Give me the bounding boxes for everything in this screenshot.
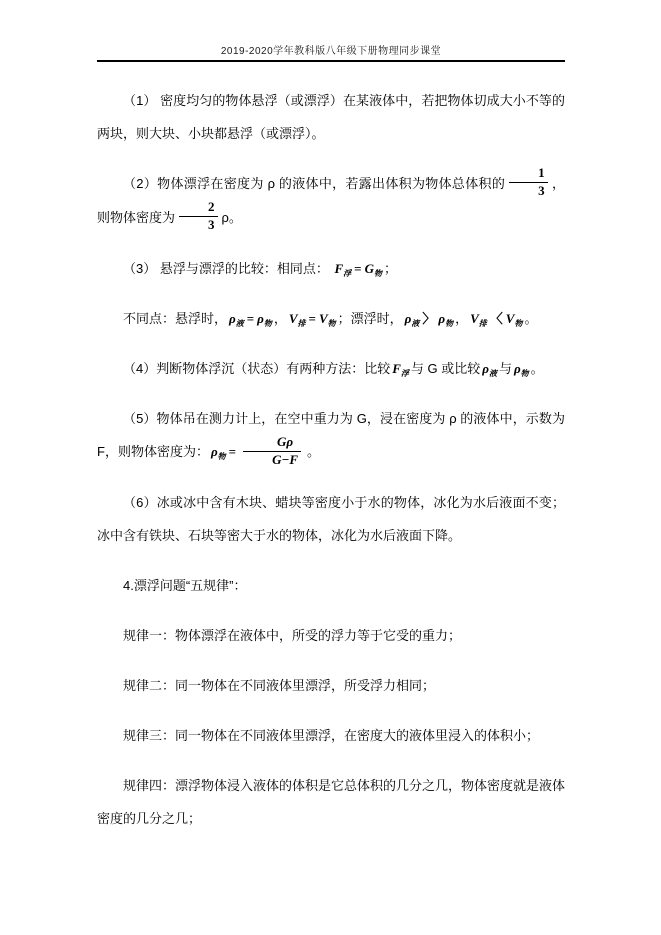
differences-mid: ；漂浮时， <box>338 311 403 326</box>
paragraph-5: （5）物体吊在测力计上，在空中重力为 G，浸在密度为 ρ 的液体中，示数为 F，… <box>97 402 565 469</box>
formula-object-density: ρ物=GρG−F <box>209 444 307 459</box>
math-subscript: 物 <box>218 452 226 461</box>
paragraph-1: （1） 密度均匀的物体悬浮（或漂浮）在某液体中，若把物体切成大小不等的两块，则大… <box>97 84 565 150</box>
math-subscript: 液 <box>489 369 497 378</box>
formula-rho-object: ρ物 <box>512 361 531 376</box>
math-var: ρ <box>482 361 489 376</box>
math-subscript: 物 <box>328 319 336 328</box>
math-subscript: 排 <box>479 319 487 328</box>
rule-2: 规律二：同一物体在不同液体里漂浮，所受浮力相同； <box>97 669 565 702</box>
math-subscript: 浮 <box>401 369 409 378</box>
paragraph-3-tail: ； <box>384 261 397 276</box>
paragraph-4: （4）判断物体浮沉（状态）有两种方法：比较F浮与 G 或比较ρ液与ρ物。 <box>97 352 565 385</box>
paragraph-2: （2）物体漂浮在密度为 ρ 的液体中，若露出体积为物体总体积的13，则物体密度为… <box>97 167 565 235</box>
math-operator: = <box>244 311 257 326</box>
math-var: F <box>334 261 343 276</box>
rule-2-text: 规律二：同一物体在不同液体里漂浮，所受浮力相同； <box>123 678 435 693</box>
math-var: ρ <box>229 311 236 326</box>
math-operator: = <box>351 261 364 276</box>
math-var: V <box>289 311 298 326</box>
separator: ， <box>274 311 287 326</box>
paragraph-3: （3） 悬浮与漂浮的比较：相同点： F浮=G物； <box>97 252 565 285</box>
math-var: ρ <box>514 361 521 376</box>
math-operator: = <box>226 444 239 459</box>
math-subscript: 物 <box>445 319 453 328</box>
paragraph-4-mid1: 与 G 或比较 <box>411 361 480 376</box>
math-operator: 〉 <box>419 311 438 326</box>
math-operator: = <box>306 311 319 326</box>
math-subscript: 物 <box>264 319 272 328</box>
math-var: V <box>470 311 479 326</box>
paragraph-4-lead: （4）判断物体浮沉（状态）有两种方法：比较 <box>123 361 390 376</box>
rule-3-text: 规律三：同一物体在不同液体里漂浮，在密度大的液体里浸入的体积小； <box>123 728 539 743</box>
formula-volume-equal: V排=V物 <box>287 311 338 326</box>
math-operator: 〈 <box>487 311 506 326</box>
section-heading-floating-rules: 4.漂浮问题“五规律”： <box>97 569 565 602</box>
paragraph-2-before: （2）物体漂浮在密度为 ρ 的液体中，若露出体积为物体总体积的 <box>123 176 505 191</box>
fraction-denominator: G−F <box>243 452 301 468</box>
separator: ， <box>455 311 468 326</box>
paragraph-1-text: （1） 密度均匀的物体悬浮（或漂浮）在某液体中，若把物体切成大小不等的两块，则大… <box>97 93 565 141</box>
math-subscript: 液 <box>236 319 244 328</box>
formula-buoyancy-equals-weight: F浮=G物 <box>332 261 383 276</box>
paragraph-2-after: ρ。 <box>222 210 242 225</box>
paragraph-4-tail: 。 <box>531 361 544 376</box>
fraction-two-thirds: 23 <box>179 200 218 233</box>
fraction-numerator: Gρ <box>243 435 301 452</box>
fraction-denominator: 3 <box>179 217 218 233</box>
rule-1-text: 规律一：物体漂浮在液体中，所受的浮力等于它受的重力； <box>123 628 461 643</box>
paragraph-4-mid2: 与 <box>499 361 512 376</box>
rule-4: 规律四：漂浮物体浸入液体的体积是它总体积的几分之几，物体密度就是液体密度的几分之… <box>97 769 565 835</box>
fraction-numerator: 2 <box>179 200 218 217</box>
paragraph-6: （6）冰或冰中含有木块、蜡块等密度小于水的物体，冰化为水后液面不变；冰中含有铁块… <box>97 486 565 552</box>
document-body: （1） 密度均匀的物体悬浮（或漂浮）在某液体中，若把物体切成大小不等的两块，则大… <box>0 62 661 835</box>
paragraph-5-tail: 。 <box>307 444 320 459</box>
fraction-g-rho-over-g-minus-f: GρG−F <box>243 435 301 468</box>
math-var: F <box>392 361 401 376</box>
formula-density-greater: ρ液〉ρ物 <box>403 311 455 326</box>
math-subscript: 物 <box>374 269 382 278</box>
formula-rho-liquid: ρ液 <box>480 361 499 376</box>
paragraph-6-text: （6）冰或冰中含有木块、蜡块等密度小于水的物体，冰化为水后液面不变；冰中含有铁块… <box>97 495 565 543</box>
math-subscript: 物 <box>521 369 529 378</box>
rule-1: 规律一：物体漂浮在液体中，所受的浮力等于它受的重力； <box>97 619 565 652</box>
formula-volume-less: V排〈V物 <box>468 311 524 326</box>
math-var: G <box>365 261 374 276</box>
differences-tail: 。 <box>524 311 537 326</box>
rule-4-text: 规律四：漂浮物体浸入液体的体积是它总体积的几分之几，物体密度就是液体密度的几分之… <box>97 778 565 826</box>
document-page: 2019-2020学年教科版八年级下册物理同步课堂 （1） 密度均匀的物体悬浮（… <box>0 0 661 935</box>
fraction-numerator: 1 <box>509 166 548 183</box>
formula-f-buoyancy: F浮 <box>390 361 411 376</box>
math-subscript: 排 <box>298 319 306 328</box>
formula-density-equal: ρ液=ρ物 <box>227 311 274 326</box>
math-var: ρ <box>211 444 218 459</box>
page-header: 2019-2020学年教科版八年级下册物理同步课堂 <box>97 0 565 62</box>
rule-3: 规律三：同一物体在不同液体里漂浮，在密度大的液体里浸入的体积小； <box>97 719 565 752</box>
paragraph-5-lead: （5）物体吊在测力计上，在空中重力为 G，浸在密度为 ρ 的液体中，示数为 F，… <box>97 411 565 459</box>
math-subscript: 物 <box>514 319 522 328</box>
fraction-denominator: 3 <box>509 183 548 199</box>
paragraph-3-lead: （3） 悬浮与漂浮的比较：相同点： <box>123 261 332 276</box>
fraction-one-third: 13 <box>509 166 548 199</box>
section-heading-text: 4.漂浮问题“五规律”： <box>123 578 247 593</box>
math-subscript: 浮 <box>343 269 351 278</box>
math-var: ρ <box>257 311 264 326</box>
math-var: V <box>319 311 328 326</box>
differences-lead: 不同点：悬浮时， <box>123 311 227 326</box>
paragraph-3-differences: 不同点：悬浮时，ρ液=ρ物，V排=V物；漂浮时，ρ液〉ρ物，V排〈V物。 <box>97 302 565 335</box>
header-title: 2019-2020学年教科版八年级下册物理同步课堂 <box>97 42 565 60</box>
